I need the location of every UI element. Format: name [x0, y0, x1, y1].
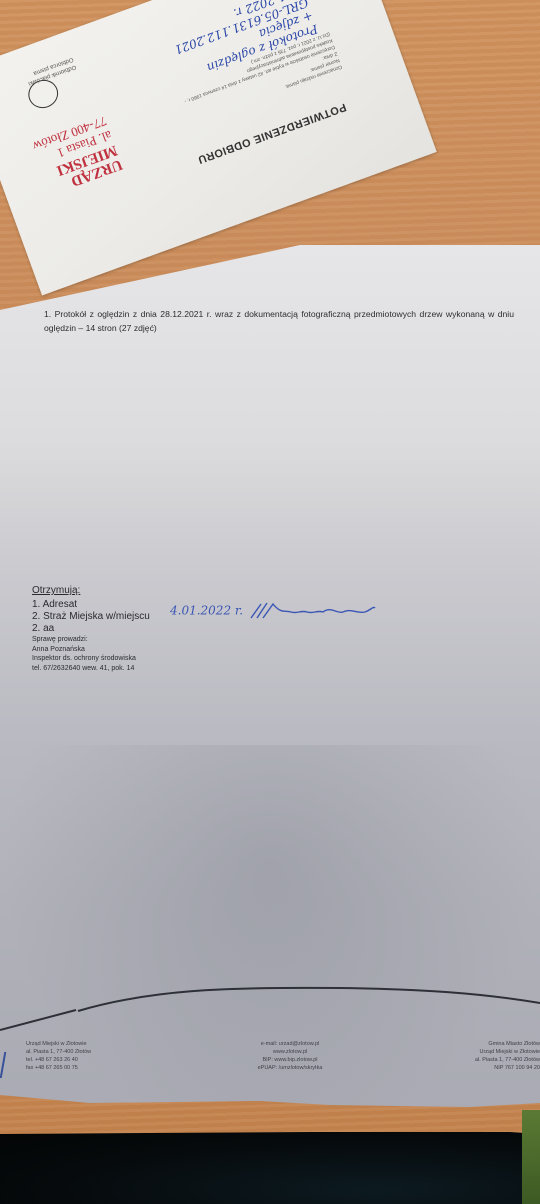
- dark-floor: [0, 1132, 540, 1204]
- footer-line: tel. +48 67 263 26 40: [26, 1056, 91, 1064]
- footer-line: NIP 767 100 94 20: [462, 1064, 540, 1072]
- footer-line: www.zlotow.pl: [235, 1048, 345, 1056]
- handwritten-date-signature: 4.01.2022 r.: [170, 600, 430, 622]
- shadow: [0, 745, 540, 1145]
- attachment-item: 1. Protokół z oględzin z dnia 28.12.2021…: [44, 307, 514, 335]
- footer-line: e-mail: urzad@zlotow.pl: [235, 1040, 345, 1048]
- footer-line: Urząd Miejski w Złotowie: [26, 1040, 91, 1048]
- footer-line: al. Piasta 1, 77-400 Złotów: [26, 1048, 91, 1056]
- footer-curve: [0, 975, 540, 1035]
- recipient-item: 2. Straż Miejska w/miejscu: [32, 611, 150, 623]
- green-object: [522, 1110, 540, 1204]
- recipient-item: 2. aa: [32, 623, 150, 635]
- recipients-heading: Otrzymują:: [32, 585, 150, 596]
- recipients-block: Otrzymują: 1. Adresat 2. Straż Miejska w…: [32, 585, 150, 673]
- case-handler-name: Anna Poznańska: [32, 645, 150, 655]
- footer-line: BIP: www.bip.zlotow.pl: [235, 1056, 345, 1064]
- footer-line: al. Piasta 1, 77-400 Złotów: [462, 1056, 540, 1064]
- footer-left: Urząd Miejski w Złotowie al. Piasta 1, 7…: [26, 1040, 91, 1072]
- footer-line: fax +48 67 265 00 75: [26, 1064, 91, 1072]
- case-handler-position: Inspektor ds. ochrony środowiska: [32, 654, 150, 664]
- handwritten-date: 4.01.2022 r.: [170, 604, 243, 618]
- footer-center: e-mail: urzad@zlotow.pl www.zlotow.pl BI…: [235, 1040, 345, 1072]
- footer-right: Gmina Miasto Złotów Urząd Miejski w Złot…: [462, 1040, 540, 1072]
- footer-line: Urząd Miejski w Złotowie: [462, 1048, 540, 1056]
- signature-scribble-icon: [247, 600, 377, 622]
- footer-line: Gmina Miasto Złotów: [462, 1040, 540, 1048]
- office-stamp: URZĄD MIEJSKI al. Piasta 1 77-400 Złotów: [0, 114, 124, 208]
- footer-line: ePUAP: /umzlotow/skrytka: [235, 1064, 345, 1072]
- case-handler-label: Sprawę prowadzi:: [32, 635, 150, 645]
- case-handler-phone: tel. 67/2632640 wew. 41, pok. 14: [32, 664, 150, 674]
- recipient-item: 1. Adresat: [32, 599, 150, 611]
